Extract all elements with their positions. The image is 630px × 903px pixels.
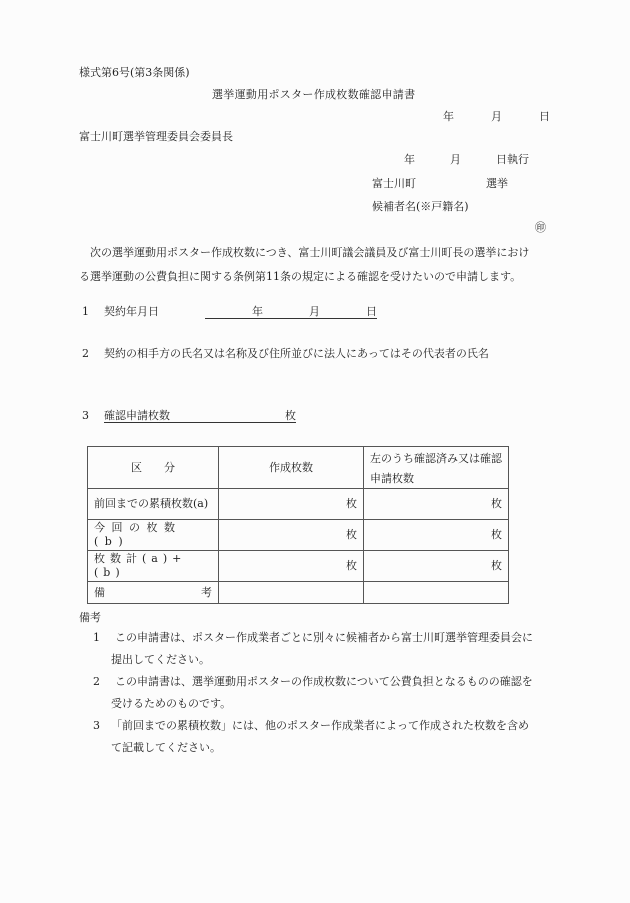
exec-month-label: 月 [450,153,461,167]
item-3-number: 3 [82,409,89,423]
header-col3-line2: 申請枚数 [370,470,502,488]
requested-count-field[interactable]: 確認申請枚数 枚 [104,409,296,423]
notes-list: 1 この申請書は、ポスター作成業者ごとに別々に候補者から富士川町選挙管理委員会に… [93,627,553,759]
remarks-cell-2[interactable] [219,582,364,604]
paragraph-line-1: 次の選挙運動用ポスター作成枚数につき、富士川町議会議員及び富士川町長の選挙におけ [79,241,549,265]
remarks-cell-3[interactable] [364,582,509,604]
row-label: 今回の枚数(b) [88,520,219,551]
date-day-label: 日 [539,110,550,124]
table-row-remarks: 備 考 [88,582,509,604]
header-created-count: 作成枚数 [219,447,364,489]
date-year-label: 年 [443,110,454,124]
election-label: 選挙 [486,177,508,191]
date-month-label: 月 [491,110,502,124]
header-category: 区 分 [88,447,219,489]
item-2-number: 2 [82,347,89,361]
item-3-unit: 枚 [285,409,296,423]
poster-count-table: 区 分 作成枚数 左のうち確認済み又は確認 申請枚数 前回までの累積枚数(a) … [87,446,509,604]
document-title: 選挙運動用ポスター作成枚数確認申請書 [212,88,415,102]
note-line-2: て記載してください。 [111,737,553,759]
table-row: 枚数計(a)+(b) 枚 枚 [88,551,509,582]
confirmed-count-cell[interactable]: 枚 [364,520,509,551]
note-line-2: 提出してください。 [111,649,553,671]
candidate-name-label: 候補者名(※戸籍名) [372,200,469,214]
exec-day-label: 日執行 [496,153,529,167]
header-col3-line1: 左のうち確認済み又は確認 [370,448,502,470]
recipient: 富士川町選挙管理委員会委員長 [79,130,233,144]
notes-heading: 備考 [79,611,101,625]
confirmed-count-cell[interactable]: 枚 [364,551,509,582]
seal-icon: ㊞ [535,221,546,235]
row-label: 前回までの累積枚数(a) [88,489,219,520]
form-number: 様式第6号(第3条関係) [79,66,190,80]
item-2-label: 契約の相手方の氏名又は名称及び住所並びに法人にあってはその代表者の氏名 [104,347,489,361]
exec-year-label: 年 [404,153,415,167]
row-label: 枚数計(a)+(b) [88,551,219,582]
note-number: 1 [93,627,100,649]
item-1-label: 契約年月日 [104,305,159,319]
remarks-label-left: 備 [94,586,105,600]
item-1-number: 1 [82,305,89,319]
note-item: 1 この申請書は、ポスター作成業者ごとに別々に候補者から富士川町選挙管理委員会に… [93,627,553,671]
note-line-2: 受けるためのものです。 [111,693,553,715]
item-3-label: 確認申請枚数 [104,409,170,422]
table-row: 今回の枚数(b) 枚 枚 [88,520,509,551]
note-number: 3 [93,715,100,737]
paragraph-line-2: る選挙運動の公費負担に関する条例第11条の規定による確認を受けたいので申請します… [79,265,549,289]
note-item: 2 この申請書は、選挙運動用ポスターの作成枚数について公費負担となるものの確認を… [93,671,553,715]
table-row: 前回までの累積枚数(a) 枚 枚 [88,489,509,520]
remarks-label-right: 考 [201,586,212,600]
row-label: 備 考 [88,582,219,604]
created-count-cell[interactable]: 枚 [219,520,364,551]
note-item: 3 「前回までの累積枚数」には、他のポスター作成業者によって作成された枚数を含め… [93,715,553,759]
contract-month-label: 月 [309,305,320,319]
header-confirmed-count: 左のうち確認済み又は確認 申請枚数 [364,447,509,489]
note-line-1: 「前回までの累積枚数」には、他のポスター作成業者によって作成された枚数を含め [111,715,553,737]
request-paragraph: 次の選挙運動用ポスター作成枚数につき、富士川町議会議員及び富士川町長の選挙におけ… [79,241,549,289]
table-header-row: 区 分 作成枚数 左のうち確認済み又は確認 申請枚数 [88,447,509,489]
contract-day-label: 日 [366,305,377,319]
note-line-1: この申請書は、ポスター作成業者ごとに別々に候補者から富士川町選挙管理委員会に [111,627,553,649]
town-name: 富士川町 [372,177,416,191]
created-count-cell[interactable]: 枚 [219,489,364,520]
created-count-cell[interactable]: 枚 [219,551,364,582]
confirmed-count-cell[interactable]: 枚 [364,489,509,520]
note-number: 2 [93,671,100,693]
note-line-1: この申請書は、選挙運動用ポスターの作成枚数について公費負担となるものの確認を [111,671,553,693]
contract-year-label: 年 [252,305,263,319]
contract-date-field[interactable]: 年 月 日 [205,305,377,319]
